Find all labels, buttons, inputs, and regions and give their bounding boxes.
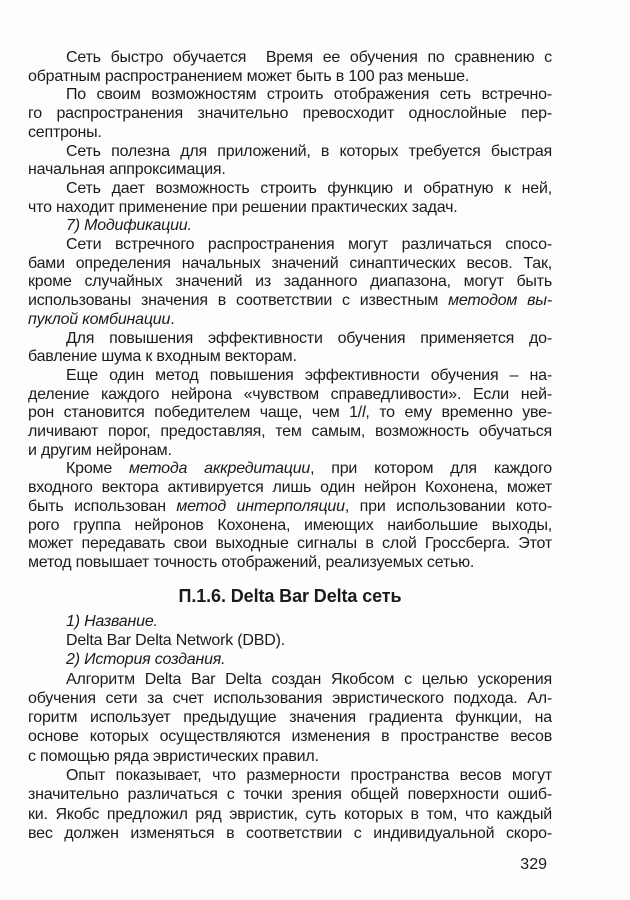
text-line: Delta Bar Delta Network (DBD). — [28, 631, 552, 650]
text-line: бавление шума к входным векторам. — [28, 348, 552, 367]
text-segment: По своим возможностям строить отображени… — [66, 86, 552, 103]
text-line: По своим возможностям строить отображени… — [28, 86, 552, 105]
text-line: 2) История создания. — [28, 650, 552, 669]
text-line: 7) Модификации. — [28, 217, 552, 236]
text-segment: Для повышения эффективности обучения при… — [66, 330, 552, 347]
text-segment: рого группа нейронов Кохонена, имеющих н… — [28, 517, 552, 534]
text-line: метод повышает точность отображений, реа… — [28, 554, 552, 573]
text-segment: кроме случайных значений из заданного ди… — [28, 273, 552, 290]
text-line: Алгоритм Delta Bar Delta создан Якобсом … — [28, 670, 552, 689]
text-segment: входного вектора активируется лишь один … — [28, 479, 552, 496]
text-segment: использованы значения в соответствии с и… — [28, 292, 448, 309]
text-segment: , при котором для каждого — [310, 460, 552, 477]
text-segment: Опыт показывает, что размерности простра… — [66, 767, 552, 784]
text-segment: ки. Якобс предложил ряд эвристик, суть к… — [28, 806, 552, 823]
text-segment: вес должен изменяться в соответствии с и… — [28, 825, 552, 842]
text-segment: начальная аппроксимация. — [28, 161, 226, 178]
text-segment: бавление шума к входным векторам. — [28, 348, 297, 365]
text-line: рон становится победителем чаще, чем 1/l… — [28, 404, 552, 423]
section-delta-bar-delta: 1) Название. Delta Bar Delta Network (DB… — [28, 612, 552, 844]
text-line: Сеть дает возможность строить функцию и … — [28, 180, 552, 199]
text-segment: Сеть полезна для приложений, в которых т… — [66, 143, 552, 160]
list-item-label: 1) Название. — [66, 613, 158, 630]
section-heading: П.1.6. Delta Bar Delta сеть — [28, 586, 552, 606]
text-segment: и другим нейронам. — [28, 442, 172, 459]
text-line: что находит применение при решении практ… — [28, 199, 552, 218]
text-segment: деление каждого нейрона «чувством справе… — [28, 386, 552, 403]
text-line: быть использован метод интерполяции, при… — [28, 498, 552, 517]
text-segment: Сети встречного распространения могут ра… — [66, 236, 552, 253]
text-line: вес должен изменяться в соответствии с и… — [28, 824, 552, 843]
text-line: кроме случайных значений из заданного ди… — [28, 273, 552, 292]
text-line: и другим нейронам. — [28, 442, 552, 461]
text-line: Кроме метода аккредитации, при котором д… — [28, 460, 552, 479]
text-line: рого группа нейронов Кохонена, имеющих н… — [28, 517, 552, 536]
text-segment: может передавать свои выходные сигналы в… — [28, 535, 552, 552]
text-line: пуклой комбинации. — [28, 311, 552, 330]
italic-term: пуклой комбинации — [28, 311, 170, 328]
text-line: септроны. — [28, 124, 552, 143]
text-line: значительно различаться с точки зрения о… — [28, 785, 552, 804]
text-line: обучения сети за счет использования эври… — [28, 689, 552, 708]
text-line: деление каждого нейрона «чувством справе… — [28, 386, 552, 405]
text-line: ки. Якобс предложил ряд эвристик, суть к… — [28, 805, 552, 824]
text-line: Еще один метод повышения эффективности о… — [28, 367, 552, 386]
document-page: Сеть быстро обучается Время ее обучения … — [0, 0, 630, 900]
text-line: Сеть быстро обучается Время ее обучения … — [28, 49, 552, 68]
text-line: с помощью ряда эвристических правил. — [28, 747, 552, 766]
text-line: Сеть полезна для приложений, в которых т… — [28, 143, 552, 162]
text-line: входного вектора активируется лишь один … — [28, 479, 552, 498]
text-line: может передавать свои выходные сигналы в… — [28, 535, 552, 554]
text-segment: Алгоритм Delta Bar Delta создан Якобсом … — [66, 671, 552, 688]
section-counterprop-end: Сеть быстро обучается Время ее обучения … — [28, 49, 552, 573]
text-line: бами определения начальных значений сина… — [28, 255, 552, 274]
text-segment: го распространения значительно превосход… — [28, 105, 552, 122]
text-segment: . — [170, 311, 174, 328]
text-segment: горитм использует предыдущие значения гр… — [28, 709, 552, 726]
text-line: Опыт показывает, что размерности простра… — [28, 766, 552, 785]
page-number: 329 — [28, 856, 547, 874]
italic-term: методом вы- — [448, 292, 552, 309]
text-segment: септроны. — [28, 124, 102, 141]
text-segment: Delta Bar Delta Network (DBD). — [66, 632, 285, 649]
italic-term: метода аккредитации — [129, 460, 310, 477]
text-segment: Сеть быстро обучается Время ее обучения … — [66, 49, 552, 66]
text-segment: с помощью ряда эвристических правил. — [28, 748, 319, 765]
italic-term: метод интерполяции — [176, 498, 344, 515]
text-line: основе которых осуществляются изменения … — [28, 727, 552, 746]
text-segment: рон становится победителем чаще, чем 1/ — [28, 404, 362, 421]
text-segment: основе которых осуществляются изменения … — [28, 728, 552, 745]
text-segment: Кроме — [66, 460, 129, 477]
text-line: Сети встречного распространения могут ра… — [28, 236, 552, 255]
text-segment: , при использовании кото- — [345, 498, 552, 515]
text-segment: личивают порог, предоставляя, тем самым,… — [28, 423, 552, 440]
text-segment: бами определения начальных значений сина… — [28, 255, 552, 272]
text-line: начальная аппроксимация. — [28, 161, 552, 180]
text-line: Для повышения эффективности обучения при… — [28, 330, 552, 349]
text-segment: быть использован — [28, 498, 176, 515]
text-segment: обучения сети за счет использования эври… — [28, 690, 552, 707]
text-segment: метод повышает точность отображений, реа… — [28, 554, 474, 571]
text-line: обратным распространением может быть в 1… — [28, 68, 552, 87]
text-line: го распространения значительно превосход… — [28, 105, 552, 124]
text-segment: что находит применение при решении практ… — [28, 199, 457, 216]
text-line: горитм использует предыдущие значения гр… — [28, 708, 552, 727]
list-item-label: 2) История создания. — [66, 651, 225, 668]
text-segment: обратным распространением может быть в 1… — [28, 68, 469, 85]
text-segment: значительно различаться с точки зрения о… — [28, 786, 552, 803]
text-segment: Еще один метод повышения эффективности о… — [66, 367, 552, 384]
text-line: 1) Название. — [28, 612, 552, 631]
text-line: использованы значения в соответствии с и… — [28, 292, 552, 311]
text-line: личивают порог, предоставляя, тем самым,… — [28, 423, 552, 442]
page-content: Сеть быстро обучается Время ее обучения … — [28, 49, 552, 843]
text-segment: , то ему временно уве- — [365, 404, 552, 421]
list-item-label: 7) Модификации. — [66, 217, 192, 234]
text-segment: Сеть дает возможность строить функцию и … — [66, 180, 552, 197]
